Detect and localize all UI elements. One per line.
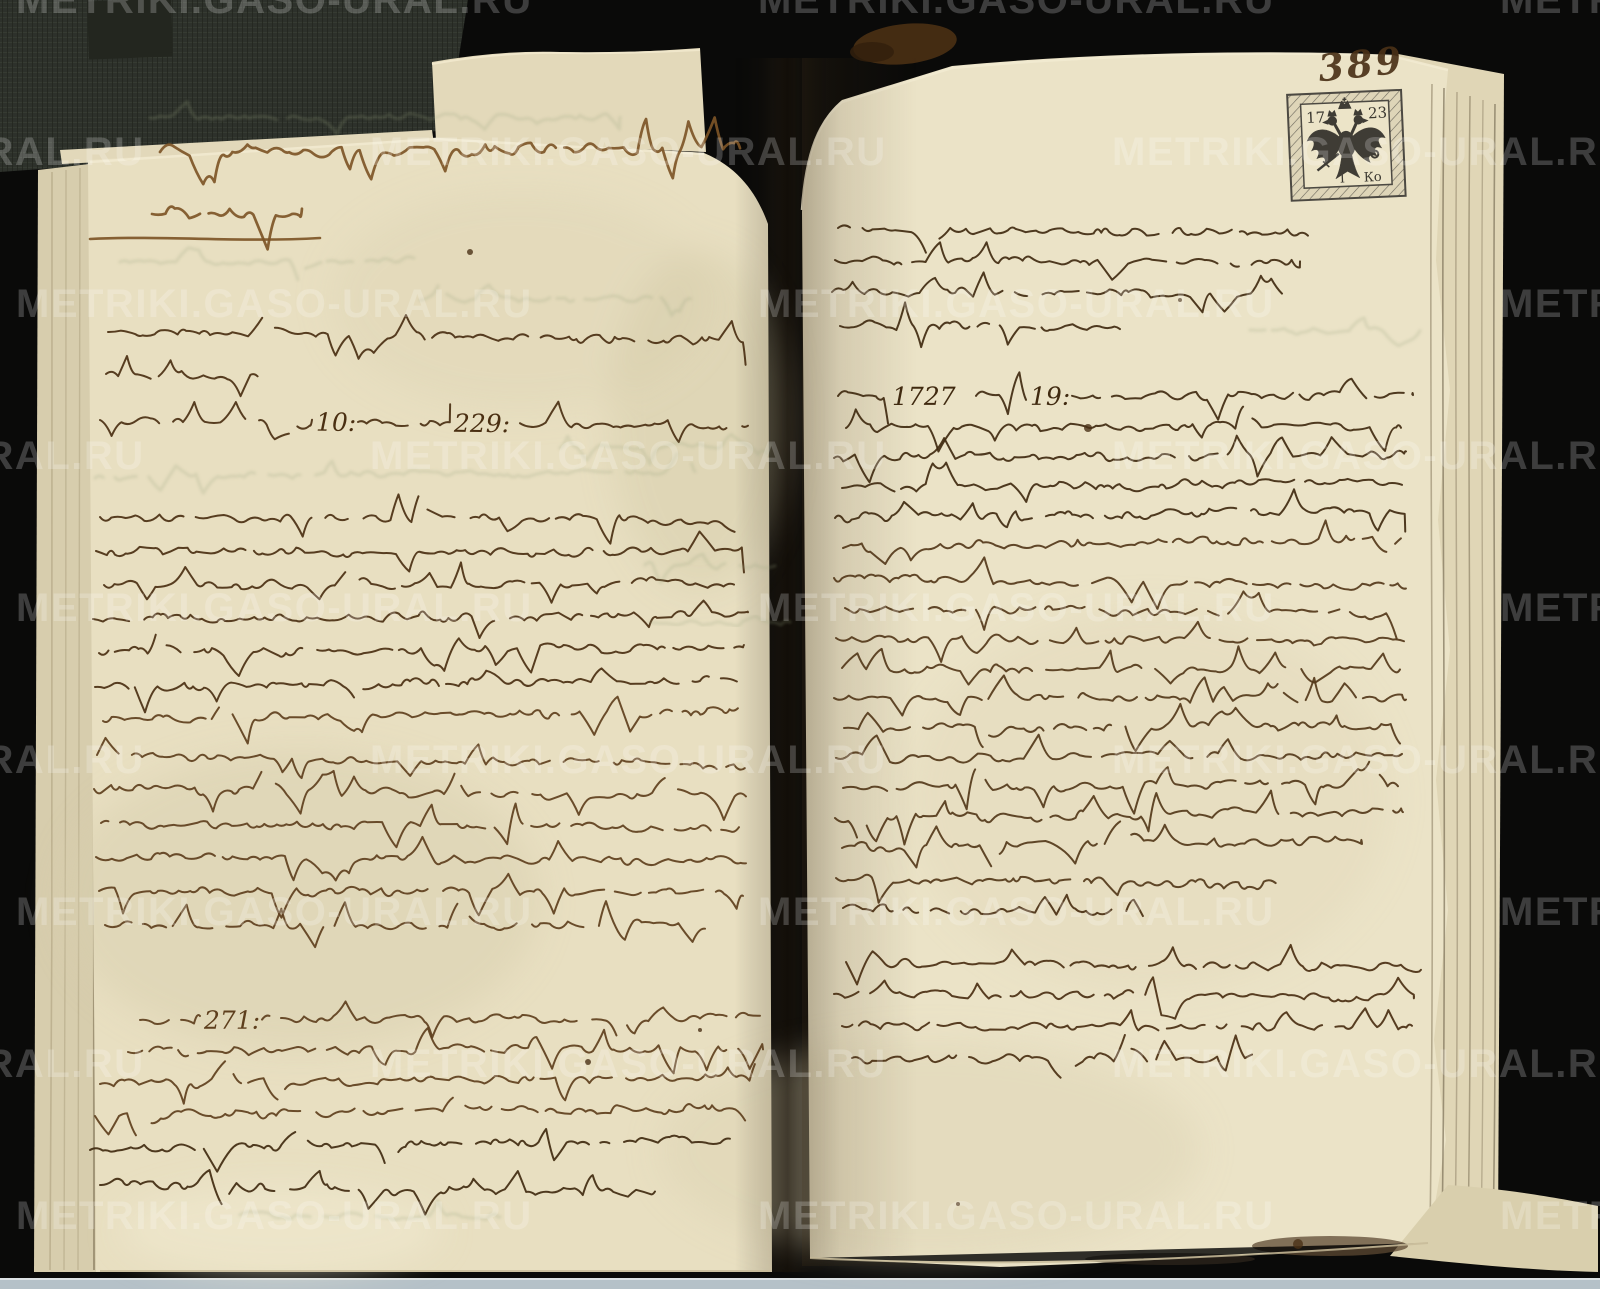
- cover-cloth: [0, 0, 468, 172]
- show-through-line: [420, 283, 691, 318]
- handwriting-line: [846, 406, 1401, 453]
- handwriting-line: [97, 738, 746, 786]
- handwriting-line: [100, 1056, 755, 1105]
- photo-background: [0, 0, 1600, 1289]
- stamp-year-right: 23: [1368, 104, 1388, 123]
- watermark-text: METRIKI.GASO-URAL.RU: [16, 890, 533, 935]
- handwriting-line: [834, 555, 1407, 612]
- handwriting-line: [838, 224, 1308, 258]
- handwriting-line: [842, 458, 1402, 504]
- under-page-torn-edge: [432, 50, 700, 64]
- spine-bump: [850, 42, 894, 62]
- handwriting-line: [834, 974, 1414, 1021]
- legible-fragment: 10:: [316, 408, 356, 437]
- watermark-text: METRIKI.GASO-URAL.RU: [1112, 434, 1600, 479]
- watermark-text: METRIKI.GASO-URAL.RU: [16, 1194, 533, 1239]
- handwriting-line: [104, 562, 734, 604]
- handwriting-line: 172719:: [838, 372, 1413, 424]
- fore-edge-striation: [1430, 84, 1432, 1232]
- stamp-value-right: Ко: [1364, 170, 1383, 186]
- show-through-line: [95, 454, 695, 495]
- ink-spot: [1293, 1239, 1303, 1249]
- stack-striation: [50, 172, 52, 1270]
- handwriting-line: [99, 630, 744, 678]
- watermark-text: METRIKI.GASO-URAL.RU: [1500, 586, 1600, 631]
- show-through-line: [240, 1199, 500, 1221]
- edge-smudge: [1085, 1253, 1255, 1265]
- handwriting-line: [844, 703, 1400, 751]
- watermark-text: METRIKI.GASO-URAL.RU: [758, 0, 1275, 23]
- handwriting-line: [160, 117, 741, 184]
- watermark-text: METRIKI.GASO-URAL.RU: [1112, 1042, 1600, 1087]
- right-page-inner-shade: [802, 58, 917, 1266]
- watermark-text: METRIKI.GASO-URAL.RU: [1500, 0, 1600, 23]
- under-page-top: [432, 48, 706, 152]
- stamp-year-left: 17: [1306, 108, 1326, 127]
- table-edge-highlight: [0, 1278, 1600, 1280]
- handwriting-line: [95, 667, 737, 713]
- handwriting-line: [128, 1026, 763, 1077]
- page-number: 389: [1316, 38, 1406, 91]
- watermark-text: METRIKI.GASO-URAL.RU: [1112, 130, 1600, 175]
- handwriting-line: [836, 619, 1404, 666]
- watermark-text: METRIKI.GASO-URAL.RU: [370, 434, 887, 479]
- stamp-value-left: I: [1340, 171, 1346, 186]
- handwriting-line: [100, 493, 735, 544]
- watermark-text: METRIKI.GASO-URAL.RU: [1112, 738, 1600, 783]
- fore-edge-band: [1398, 54, 1504, 1246]
- handwriting-line: [843, 762, 1398, 817]
- show-through-line: [150, 100, 620, 134]
- ink-spot: [585, 1059, 591, 1065]
- stack-striation: [64, 170, 66, 1270]
- legible-fragment: 229:: [453, 409, 510, 438]
- watermark-text: METRIKI.GASO-URAL.RU: [16, 282, 533, 327]
- handwriting-line: [840, 302, 1120, 347]
- handwriting-line: [836, 873, 1276, 909]
- handwriting-line: 10:229:: [100, 398, 748, 443]
- watermark-text: METRIKI.GASO-URAL.RU: [0, 1042, 145, 1087]
- edge-smudge: [1252, 1236, 1408, 1256]
- gutter-shadow: [735, 58, 840, 1272]
- manuscript-photo: 10:229:271:172719: 17 23 I Ко: [0, 0, 1600, 1289]
- handwriting-line: [108, 311, 747, 365]
- stack-striation: [93, 166, 94, 1270]
- watermark-layer: METRIKI.GASO-URAL.RUMETRIKI.GASO-URAL.RU…: [0, 0, 1600, 1289]
- handwriting-line: [842, 1006, 1412, 1032]
- ink-spot: [956, 1202, 960, 1206]
- show-through-line: [650, 615, 790, 627]
- handwriting-line: [835, 488, 1406, 540]
- watermark-text: METRIKI.GASO-URAL.RU: [0, 738, 145, 783]
- handwriting-line: [832, 272, 1282, 313]
- watermark-text: METRIKI.GASO-URAL.RU: [370, 130, 887, 175]
- left-page: [88, 138, 772, 1272]
- handwriting-line: [842, 818, 1363, 869]
- watermark-text: METRIKI.GASO-URAL.RU: [758, 890, 1275, 935]
- handwriting-line: [96, 531, 744, 573]
- handwriting-line: [105, 901, 705, 947]
- ink-spot: [698, 1028, 702, 1032]
- double-headed-eagle-icon: [1305, 96, 1386, 180]
- handwriting-line: [834, 675, 1406, 716]
- stamp-inner: [1301, 100, 1393, 188]
- handwriting-line: [95, 1094, 745, 1136]
- handwriting-line: [834, 434, 1406, 482]
- handwriting-line: [852, 1035, 1252, 1078]
- handwriting-line: [843, 892, 1143, 917]
- watermark-text: METRIKI.GASO-URAL.RU: [758, 282, 1275, 327]
- table-edge-strip: [0, 1278, 1600, 1289]
- handwriting-line: [845, 587, 1397, 639]
- handwriting-line: [103, 695, 739, 746]
- watermark-text: METRIKI.GASO-URAL.RU: [370, 738, 887, 783]
- watermark-text: METRIKI.GASO-URAL.RU: [370, 1042, 887, 1087]
- legible-fragment: 19:: [1030, 382, 1070, 411]
- cover-fold: [87, 0, 173, 59]
- ink-spot: [1178, 298, 1182, 302]
- handwriting-line: [93, 600, 748, 640]
- left-page-torn-edge: [90, 139, 704, 162]
- show-through-line: [1250, 317, 1420, 346]
- ink-spot: [1084, 424, 1092, 432]
- handwriting-line: [99, 873, 743, 920]
- watermark-text: METRIKI.GASO-URAL.RU: [0, 130, 145, 175]
- book-scan: [0, 0, 1600, 1289]
- handwriting-line: [90, 234, 320, 243]
- handwriting-line: [835, 789, 1404, 845]
- handwriting-line: [846, 940, 1421, 990]
- under-page-sliver: [60, 130, 434, 164]
- show-through-line: [560, 433, 770, 465]
- revenue-stamp: 17 23 I Ко: [1287, 90, 1406, 201]
- handwriting-line: [96, 835, 746, 883]
- handwriting-line: [106, 356, 258, 397]
- bottom-right-page-stack: [1390, 1185, 1598, 1272]
- stack-striation: [78, 168, 80, 1270]
- handwriting-layer: 10:229:271:172719:: [0, 0, 1600, 1289]
- fore-edge-striation: [1468, 96, 1470, 1236]
- stamp-frame: [1287, 90, 1406, 201]
- handwriting-line: [152, 205, 303, 251]
- fore-edge-striation: [1455, 92, 1457, 1234]
- legible-fragment: 1727: [892, 382, 956, 411]
- paper-mottling: [60, 190, 1390, 1275]
- handwriting-line: [100, 1165, 656, 1218]
- spine-bump: [851, 19, 959, 70]
- watermark-text: METRIKI.GASO-URAL.RU: [16, 586, 533, 631]
- fore-edge-striation: [1442, 88, 1444, 1234]
- watermark-text: METRIKI.GASO-URAL.RU: [1500, 1194, 1600, 1239]
- handwriting-line: [843, 519, 1402, 565]
- handwriting-line: [90, 1125, 731, 1174]
- watermark-text: METRIKI.GASO-URAL.RU: [758, 586, 1275, 631]
- ink-spot: [467, 249, 473, 255]
- fore-edge-striation: [1481, 100, 1483, 1236]
- handwriting-line: [94, 768, 747, 820]
- handwriting-line: [835, 241, 1300, 282]
- handwriting-line: [101, 799, 739, 850]
- watermark-text: METRIKI.GASO-URAL.RU: [1500, 890, 1600, 935]
- page-stack-left-edge: [34, 163, 104, 1272]
- handwriting-line: [836, 733, 1402, 764]
- legible-fragment: 271:: [203, 1006, 260, 1035]
- watermark-text: METRIKI.GASO-URAL.RU: [758, 1194, 1275, 1239]
- show-through-line: [645, 553, 775, 584]
- right-page: [802, 52, 1450, 1267]
- show-through-line: [120, 246, 414, 280]
- watermark-text: METRIKI.GASO-URAL.RU: [16, 0, 533, 23]
- handwriting-line: 271:: [140, 1000, 760, 1038]
- fore-edge-striation: [1493, 104, 1495, 1236]
- watermark-text: METRIKI.GASO-URAL.RU: [1500, 282, 1600, 327]
- handwriting-line: [842, 644, 1400, 686]
- watermark-text: METRIKI.GASO-URAL.RU: [0, 434, 145, 479]
- revenue-stamp-layer: 17 23 I Ко: [0, 0, 1600, 1289]
- right-page-bottom-edge: [810, 1243, 1428, 1262]
